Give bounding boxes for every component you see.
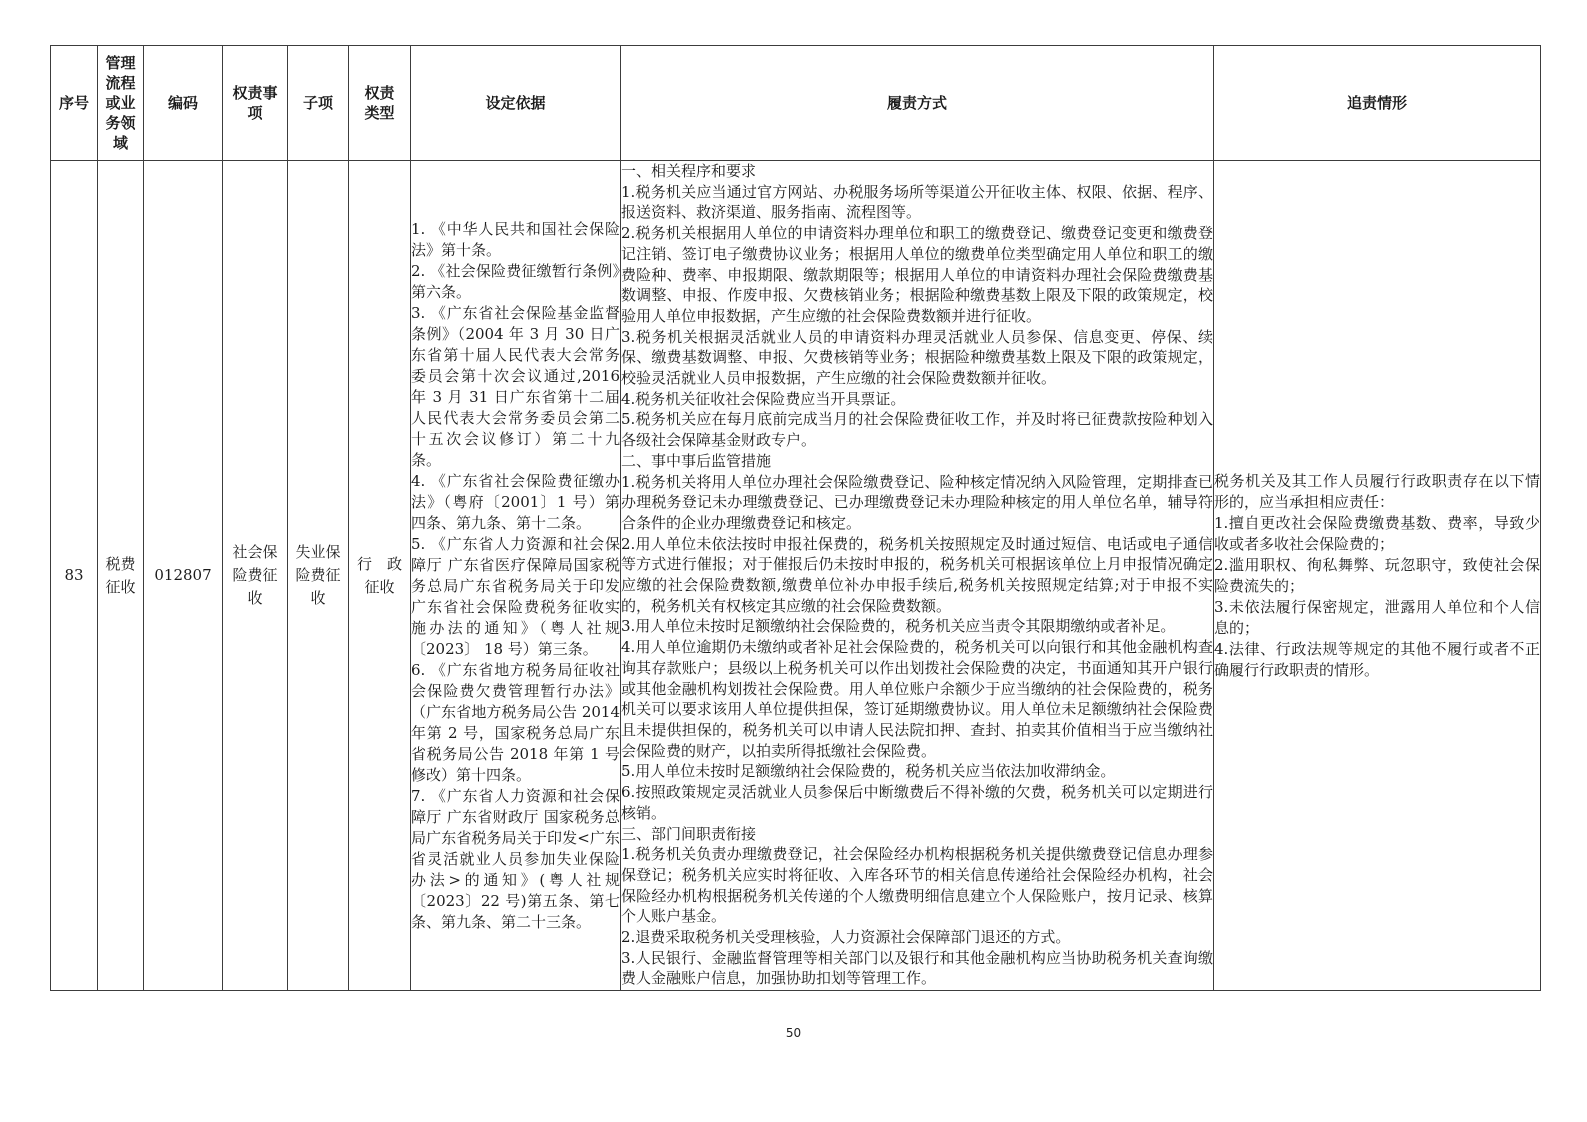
header-code: 编码 bbox=[144, 46, 223, 161]
cell-matter: 社会保 险费征 收 bbox=[223, 161, 288, 991]
header-domain: 管理 流程 或业 务领 域 bbox=[98, 46, 144, 161]
cell-type: 行 政 征收 bbox=[349, 161, 411, 991]
cell-code: 012807 bbox=[144, 161, 223, 991]
document-page: 序号 管理 流程 或业 务领 域 编码 权责事 项 子项 权责 类型 设定依据 … bbox=[0, 0, 1587, 1122]
header-accountability: 追责情形 bbox=[1214, 46, 1541, 161]
table-header-row: 序号 管理 流程 或业 务领 域 编码 权责事 项 子项 权责 类型 设定依据 … bbox=[51, 46, 1541, 161]
cell-accountability: 税务机关及其工作人员履行行政职责存在以下情形的，应当承担相应责任： 1.擅自更改… bbox=[1214, 161, 1541, 991]
cell-basis: 1. 《中华人民共和国社会保险法》第十条。 2. 《社会保险费征缴暂行条例》第六… bbox=[411, 161, 621, 991]
header-seq: 序号 bbox=[51, 46, 98, 161]
page-number: 50 bbox=[0, 1026, 1587, 1040]
header-matter: 权责事 项 bbox=[223, 46, 288, 161]
cell-domain: 税费 征收 bbox=[98, 161, 144, 991]
header-subitem: 子项 bbox=[288, 46, 349, 161]
header-type: 权责 类型 bbox=[349, 46, 411, 161]
cell-performance: 一、相关程序和要求 1.税务机关应当通过官方网站、办税服务场所等渠道公开征收主体… bbox=[621, 161, 1214, 991]
cell-subitem: 失业保 险费征 收 bbox=[288, 161, 349, 991]
header-performance: 履责方式 bbox=[621, 46, 1214, 161]
table-row: 83 税费 征收 012807 社会保 险费征 收 失业保 险费征 收 行 政 … bbox=[51, 161, 1541, 991]
cell-seq: 83 bbox=[51, 161, 98, 991]
header-basis: 设定依据 bbox=[411, 46, 621, 161]
responsibility-list-table: 序号 管理 流程 或业 务领 域 编码 权责事 项 子项 权责 类型 设定依据 … bbox=[50, 45, 1541, 991]
